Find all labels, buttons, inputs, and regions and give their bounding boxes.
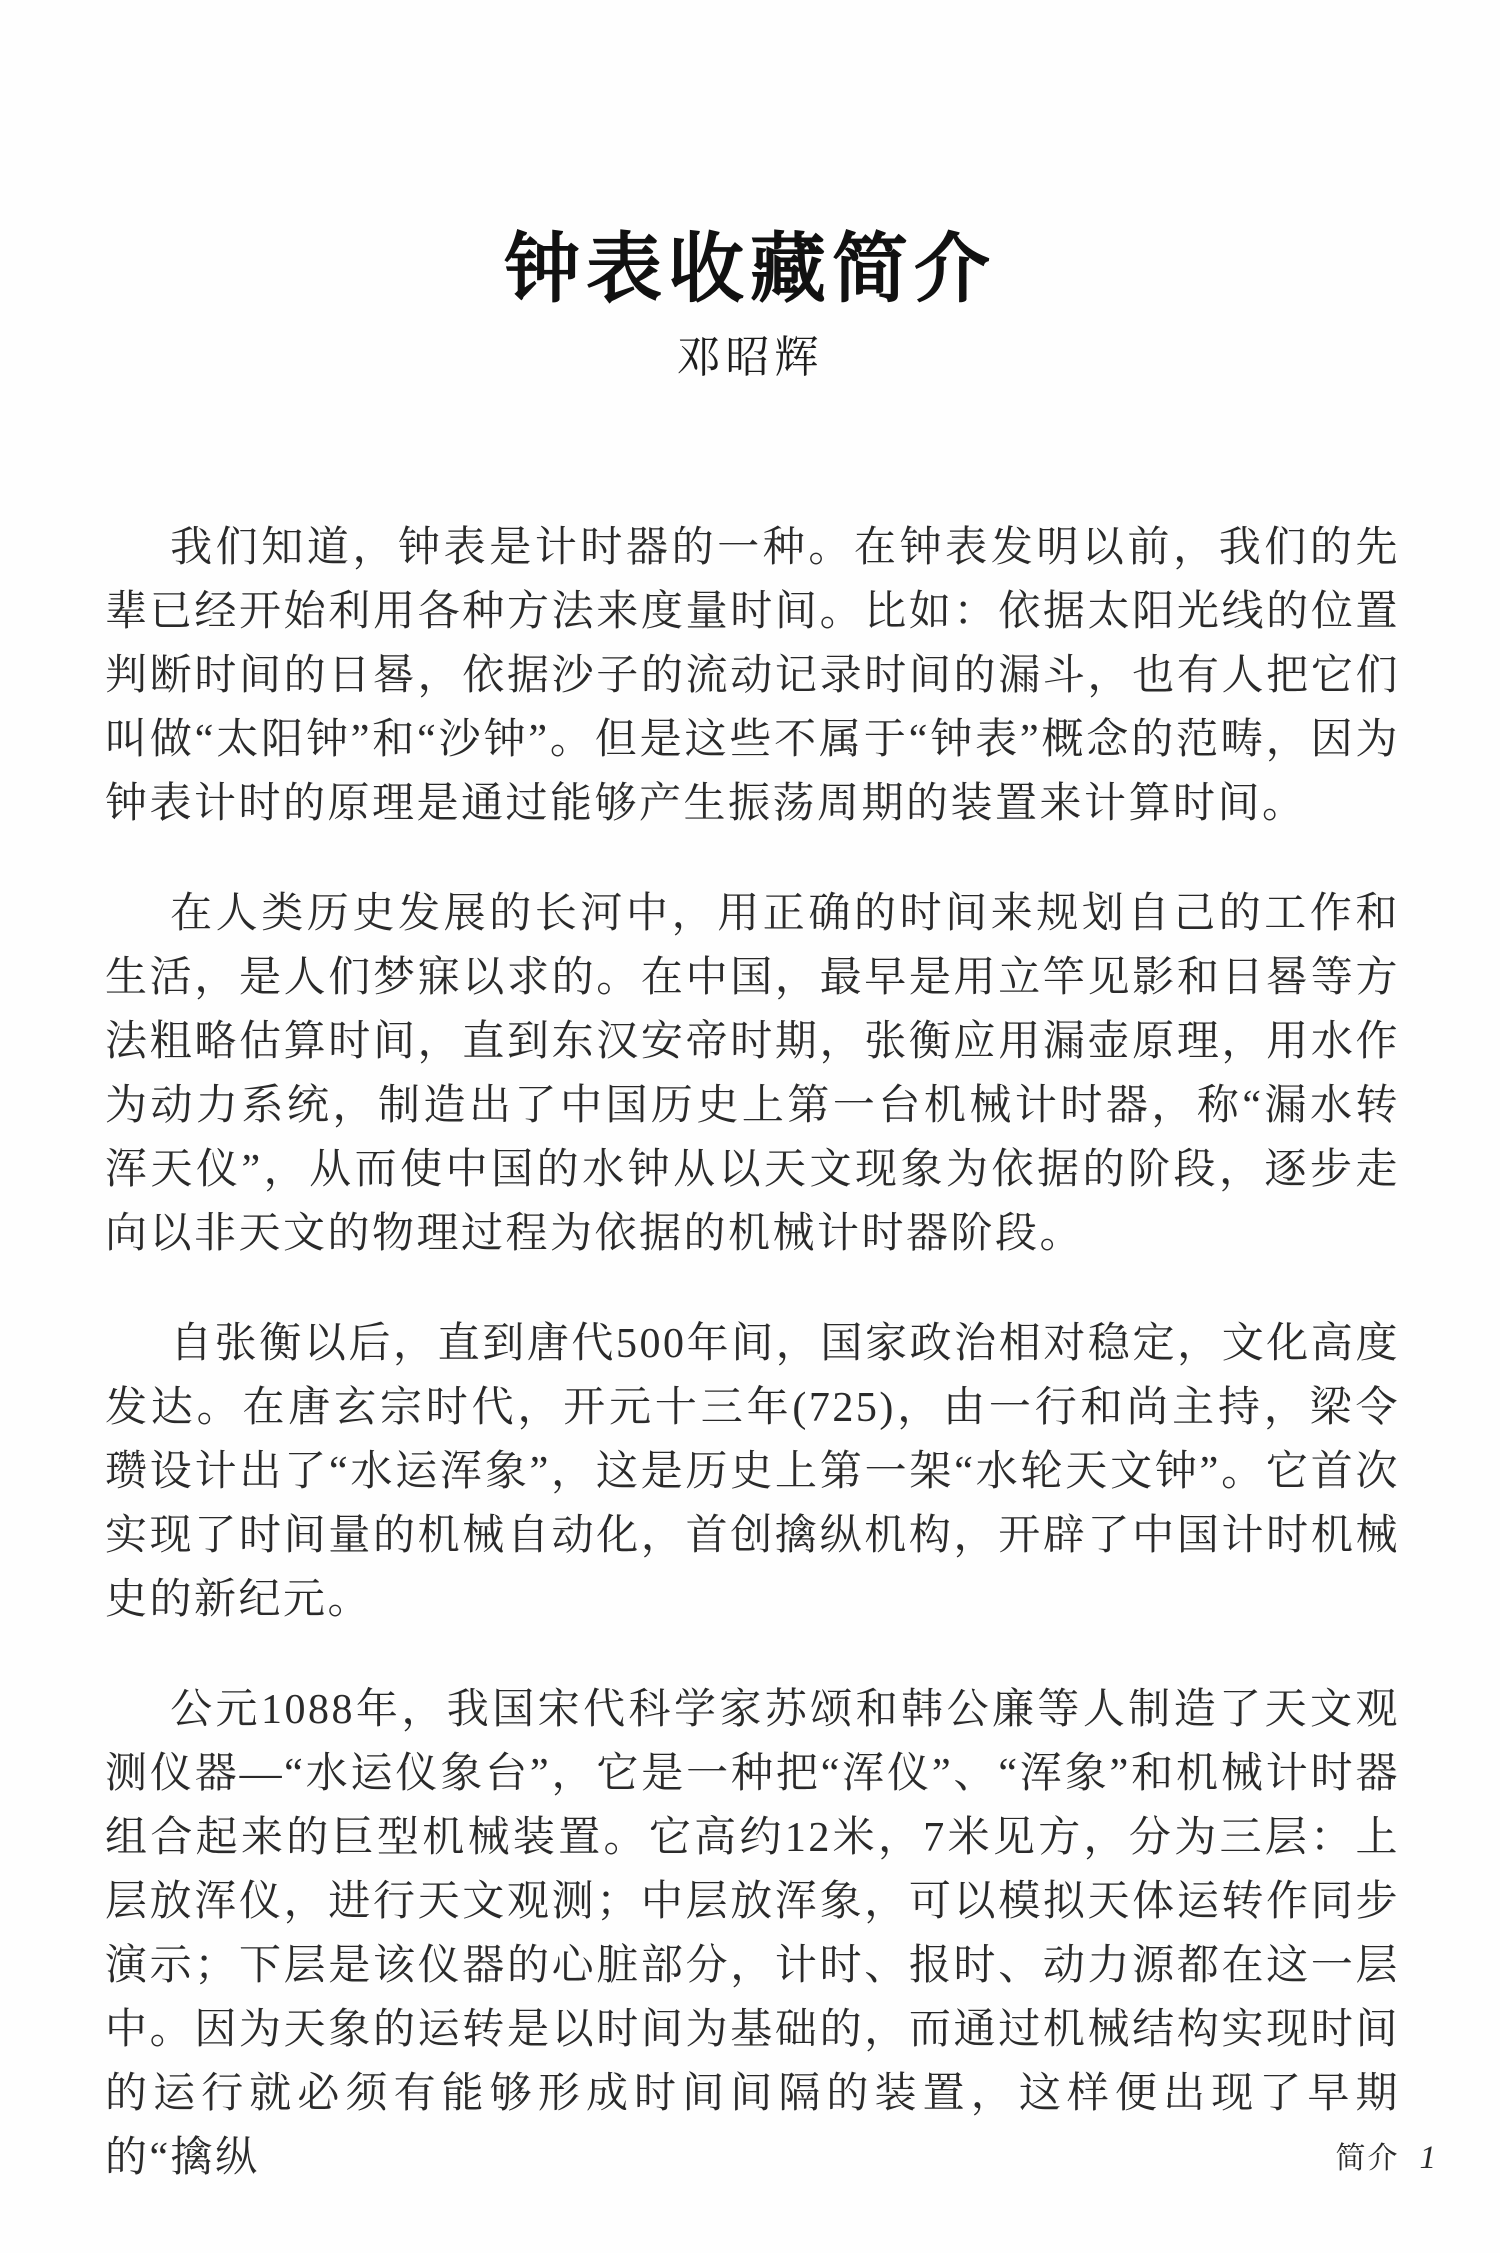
page-footer: 简介1	[1336, 2133, 1439, 2177]
author-name: 邓昭辉	[0, 329, 1500, 386]
paragraph-1: 我们知道，钟表是计时器的一种。在钟表发明以前，我们的先辈已经开始利用各种方法来度…	[105, 516, 1400, 836]
paragraph-3: 自张衡以后，直到唐代500年间，国家政治相对稳定，文化高度发达。在唐玄宗时代，开…	[105, 1312, 1400, 1632]
page-title: 钟表收藏简介	[0, 0, 1500, 313]
paragraph-2: 在人类历史发展的长河中，用正确的时间来规划自己的工作和生活，是人们梦寐以求的。在…	[105, 882, 1400, 1266]
article-body: 我们知道，钟表是计时器的一种。在钟表发明以前，我们的先辈已经开始利用各种方法来度…	[105, 516, 1400, 2190]
page-number: 1	[1420, 2140, 1439, 2176]
document-page: 钟表收藏简介 邓昭辉 我们知道，钟表是计时器的一种。在钟表发明以前，我们的先辈已…	[0, 0, 1500, 2253]
paragraph-4: 公元1088年，我国宋代科学家苏颂和韩公廉等人制造了天文观测仪器—“水运仪象台”…	[105, 1678, 1400, 2190]
footer-section-label: 简介	[1336, 2142, 1400, 2175]
